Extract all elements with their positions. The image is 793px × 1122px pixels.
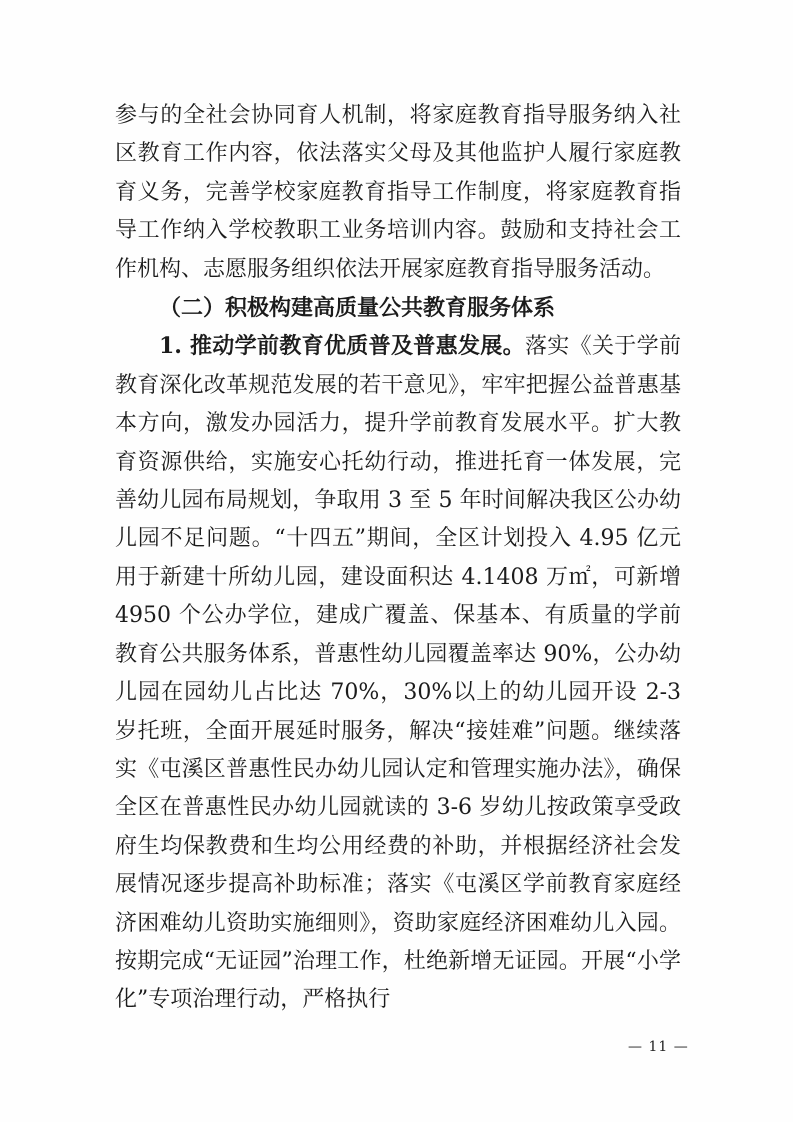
paragraph-continuation: 参与的全社会协同育人机制，将家庭教育指导服务纳入社区教育工作内容，依法落实父母及… (115, 97, 681, 289)
section-heading: （二）积极构建高质量公共教育服务体系 (115, 289, 681, 327)
page-number: — 11 — (628, 1039, 689, 1055)
page-body: 参与的全社会协同育人机制，将家庭教育指导服务纳入社区教育工作内容，依法落实父母及… (115, 97, 681, 1020)
paragraph-item1: 1. 推动学前教育优质普及普惠发展。落实《关于学前教育深化改革规范发展的若干意见… (115, 327, 681, 1019)
item1-body-text: 落实《关于学前教育深化改革规范发展的若干意见》，牢牢把握公益普惠基本方向，激发办… (115, 334, 681, 1012)
item1-lead-text: 1. 推动学前教育优质普及普惠发展。 (159, 333, 525, 359)
document-page: 参与的全社会协同育人机制，将家庭教育指导服务纳入社区教育工作内容，依法落实父母及… (0, 0, 793, 1122)
